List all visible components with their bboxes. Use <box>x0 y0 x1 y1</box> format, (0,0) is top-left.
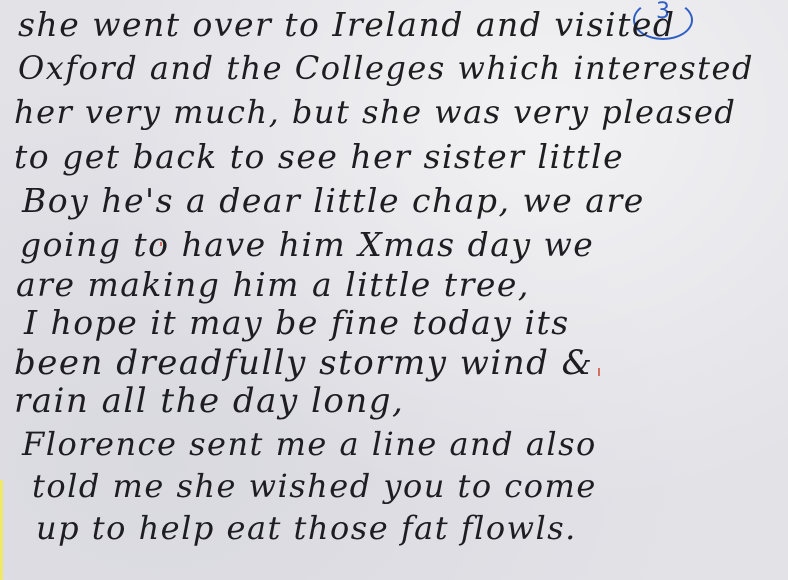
letter-line-1: she went over to Ireland and visited <box>18 8 676 41</box>
letter-line-10: rain all the day long, <box>14 384 404 418</box>
letter-line-5: Boy he's a dear little chap, we are <box>22 184 645 217</box>
red-ink-mark <box>160 242 162 246</box>
letter-line-8: I hope it may be fine today its <box>24 306 570 339</box>
letter-line-11: Florence sent me a line and also <box>22 428 597 460</box>
letter-line-9: been dreadfully stormy wind & <box>14 346 593 380</box>
page-edge-highlight <box>0 480 3 580</box>
letter-line-6: going to have him Xmas day we <box>20 228 594 261</box>
red-ink-mark <box>598 368 600 376</box>
letter-line-2: Oxford and the Colleges which interested <box>18 52 754 84</box>
letter-page: 3 she went over to Ireland and visited O… <box>0 0 788 580</box>
letter-line-12: told me she wished you to come <box>32 470 597 502</box>
letter-line-13: up to help eat those fat flowls. <box>36 512 577 544</box>
letter-line-4: to get back to see her sister little <box>14 140 624 173</box>
letter-line-3: her very much, but she was very pleased <box>14 96 736 128</box>
letter-line-7: are making him a little tree, <box>16 268 530 301</box>
